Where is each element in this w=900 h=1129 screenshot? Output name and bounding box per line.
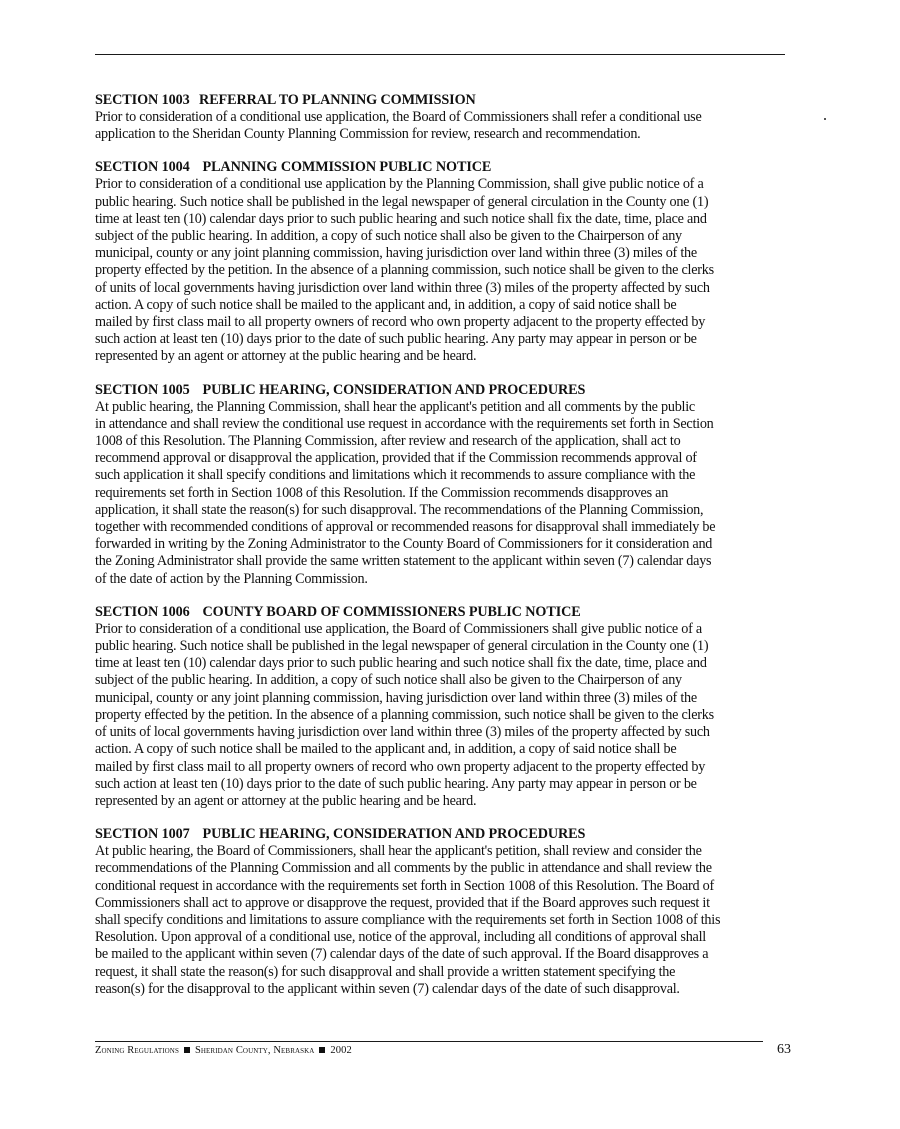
page-number: 63 xyxy=(777,1041,791,1058)
text-line: mailed by first class mail to all proper… xyxy=(95,314,795,331)
text-line: shall specify conditions and limitations… xyxy=(95,912,795,929)
section-1005: SECTION 1005 PUBLIC HEARING, CONSIDERATI… xyxy=(95,382,795,588)
text-line: such action at least ten (10) days prior… xyxy=(95,331,795,348)
text-line: of the date of action by the Planning Co… xyxy=(95,571,795,588)
document-body: SECTION 1003 REFERRAL TO PLANNING COMMIS… xyxy=(95,92,795,1014)
text-line: municipal, county or any joint planning … xyxy=(95,690,795,707)
section-heading: SECTION 1006 COUNTY BOARD OF COMMISSIONE… xyxy=(95,604,795,621)
text-line: Commissioners shall act to approve or di… xyxy=(95,895,795,912)
section-1003: SECTION 1003 REFERRAL TO PLANNING COMMIS… xyxy=(95,92,795,143)
text-line: Prior to consideration of a conditional … xyxy=(95,109,795,126)
header-rule xyxy=(95,54,785,55)
text-line: represented by an agent or attorney at t… xyxy=(95,348,795,365)
text-line: represented by an agent or attorney at t… xyxy=(95,793,795,810)
text-line: subject of the public hearing. In additi… xyxy=(95,672,795,689)
text-line: recommend approval or disapproval the ap… xyxy=(95,450,795,467)
text-line: property effected by the petition. In th… xyxy=(95,707,795,724)
text-line: such action at least ten (10) days prior… xyxy=(95,776,795,793)
section-1006: SECTION 1006 COUNTY BOARD OF COMMISSIONE… xyxy=(95,604,795,810)
section-number: SECTION 1003 xyxy=(95,92,190,108)
section-number: SECTION 1006 xyxy=(95,604,190,620)
section-title: PUBLIC HEARING, CONSIDERATION AND PROCED… xyxy=(203,382,586,398)
section-heading: SECTION 1004 PLANNING COMMISSION PUBLIC … xyxy=(95,159,795,176)
text-line: forwarded in writing by the Zoning Admin… xyxy=(95,536,795,553)
footer-rule xyxy=(95,1041,763,1042)
text-line: time at least ten (10) calendar days pri… xyxy=(95,655,795,672)
running-footer: Zoning RegulationsSheridan County, Nebra… xyxy=(95,1044,352,1057)
text-line: subject of the public hearing. In additi… xyxy=(95,228,795,245)
section-title: PLANNING COMMISSION PUBLIC NOTICE xyxy=(203,159,492,175)
footer-county: Sheridan County, Nebraska xyxy=(195,1045,314,1056)
text-line: recommendations of the Planning Commissi… xyxy=(95,860,795,877)
text-line: At public hearing, the Board of Commissi… xyxy=(95,843,795,860)
section-title: PUBLIC HEARING, CONSIDERATION AND PROCED… xyxy=(203,826,586,842)
section-heading: SECTION 1007 PUBLIC HEARING, CONSIDERATI… xyxy=(95,826,795,843)
text-line: be mailed to the applicant within seven … xyxy=(95,946,795,963)
text-line: the Zoning Administrator shall provide t… xyxy=(95,553,795,570)
footer-year: 2002 xyxy=(330,1045,351,1056)
section-1007: SECTION 1007 PUBLIC HEARING, CONSIDERATI… xyxy=(95,826,795,998)
section-number: SECTION 1004 xyxy=(95,159,190,175)
text-line: application, it shall state the reason(s… xyxy=(95,502,795,519)
text-line: property effected by the petition. In th… xyxy=(95,262,795,279)
section-heading: SECTION 1005 PUBLIC HEARING, CONSIDERATI… xyxy=(95,382,795,399)
text-line: together with recommended conditions of … xyxy=(95,519,795,536)
square-bullet-icon xyxy=(184,1047,190,1053)
text-line: of units of local governments having jur… xyxy=(95,724,795,741)
text-line: conditional request in accordance with t… xyxy=(95,878,795,895)
text-line: mailed by first class mail to all proper… xyxy=(95,759,795,776)
section-heading: SECTION 1003 REFERRAL TO PLANNING COMMIS… xyxy=(95,92,795,109)
text-line: 1008 of this Resolution. The Planning Co… xyxy=(95,433,795,450)
section-1004: SECTION 1004 PLANNING COMMISSION PUBLIC … xyxy=(95,159,795,365)
text-line: Prior to consideration of a conditional … xyxy=(95,621,795,638)
text-line: such application it shall specify condit… xyxy=(95,467,795,484)
section-title: REFERRAL TO PLANNING COMMISSION xyxy=(199,92,476,108)
text-line: municipal, county or any joint planning … xyxy=(95,245,795,262)
text-line: request, it shall state the reason(s) fo… xyxy=(95,964,795,981)
footer-document-title: Zoning Regulations xyxy=(95,1045,179,1056)
text-line: of units of local governments having jur… xyxy=(95,280,795,297)
text-line: in attendance and shall review the condi… xyxy=(95,416,795,433)
text-line: Prior to consideration of a conditional … xyxy=(95,176,795,193)
square-bullet-icon xyxy=(319,1047,325,1053)
text-line: time at least ten (10) calendar days pri… xyxy=(95,211,795,228)
text-line: application to the Sheridan County Plann… xyxy=(95,126,795,143)
text-line: public hearing. Such notice shall be pub… xyxy=(95,638,795,655)
section-number: SECTION 1007 xyxy=(95,826,190,842)
section-title: COUNTY BOARD OF COMMISSIONERS PUBLIC NOT… xyxy=(203,604,581,620)
text-line: public hearing. Such notice shall be pub… xyxy=(95,194,795,211)
text-line: action. A copy of such notice shall be m… xyxy=(95,297,795,314)
text-line: At public hearing, the Planning Commissi… xyxy=(95,399,795,416)
text-line: requirements set forth in Section 1008 o… xyxy=(95,485,795,502)
text-line: action. A copy of such notice shall be m… xyxy=(95,741,795,758)
section-number: SECTION 1005 xyxy=(95,382,190,398)
scan-speck xyxy=(824,118,826,120)
text-line: reason(s) for the disapproval to the app… xyxy=(95,981,795,998)
text-line: Resolution. Upon approval of a condition… xyxy=(95,929,795,946)
